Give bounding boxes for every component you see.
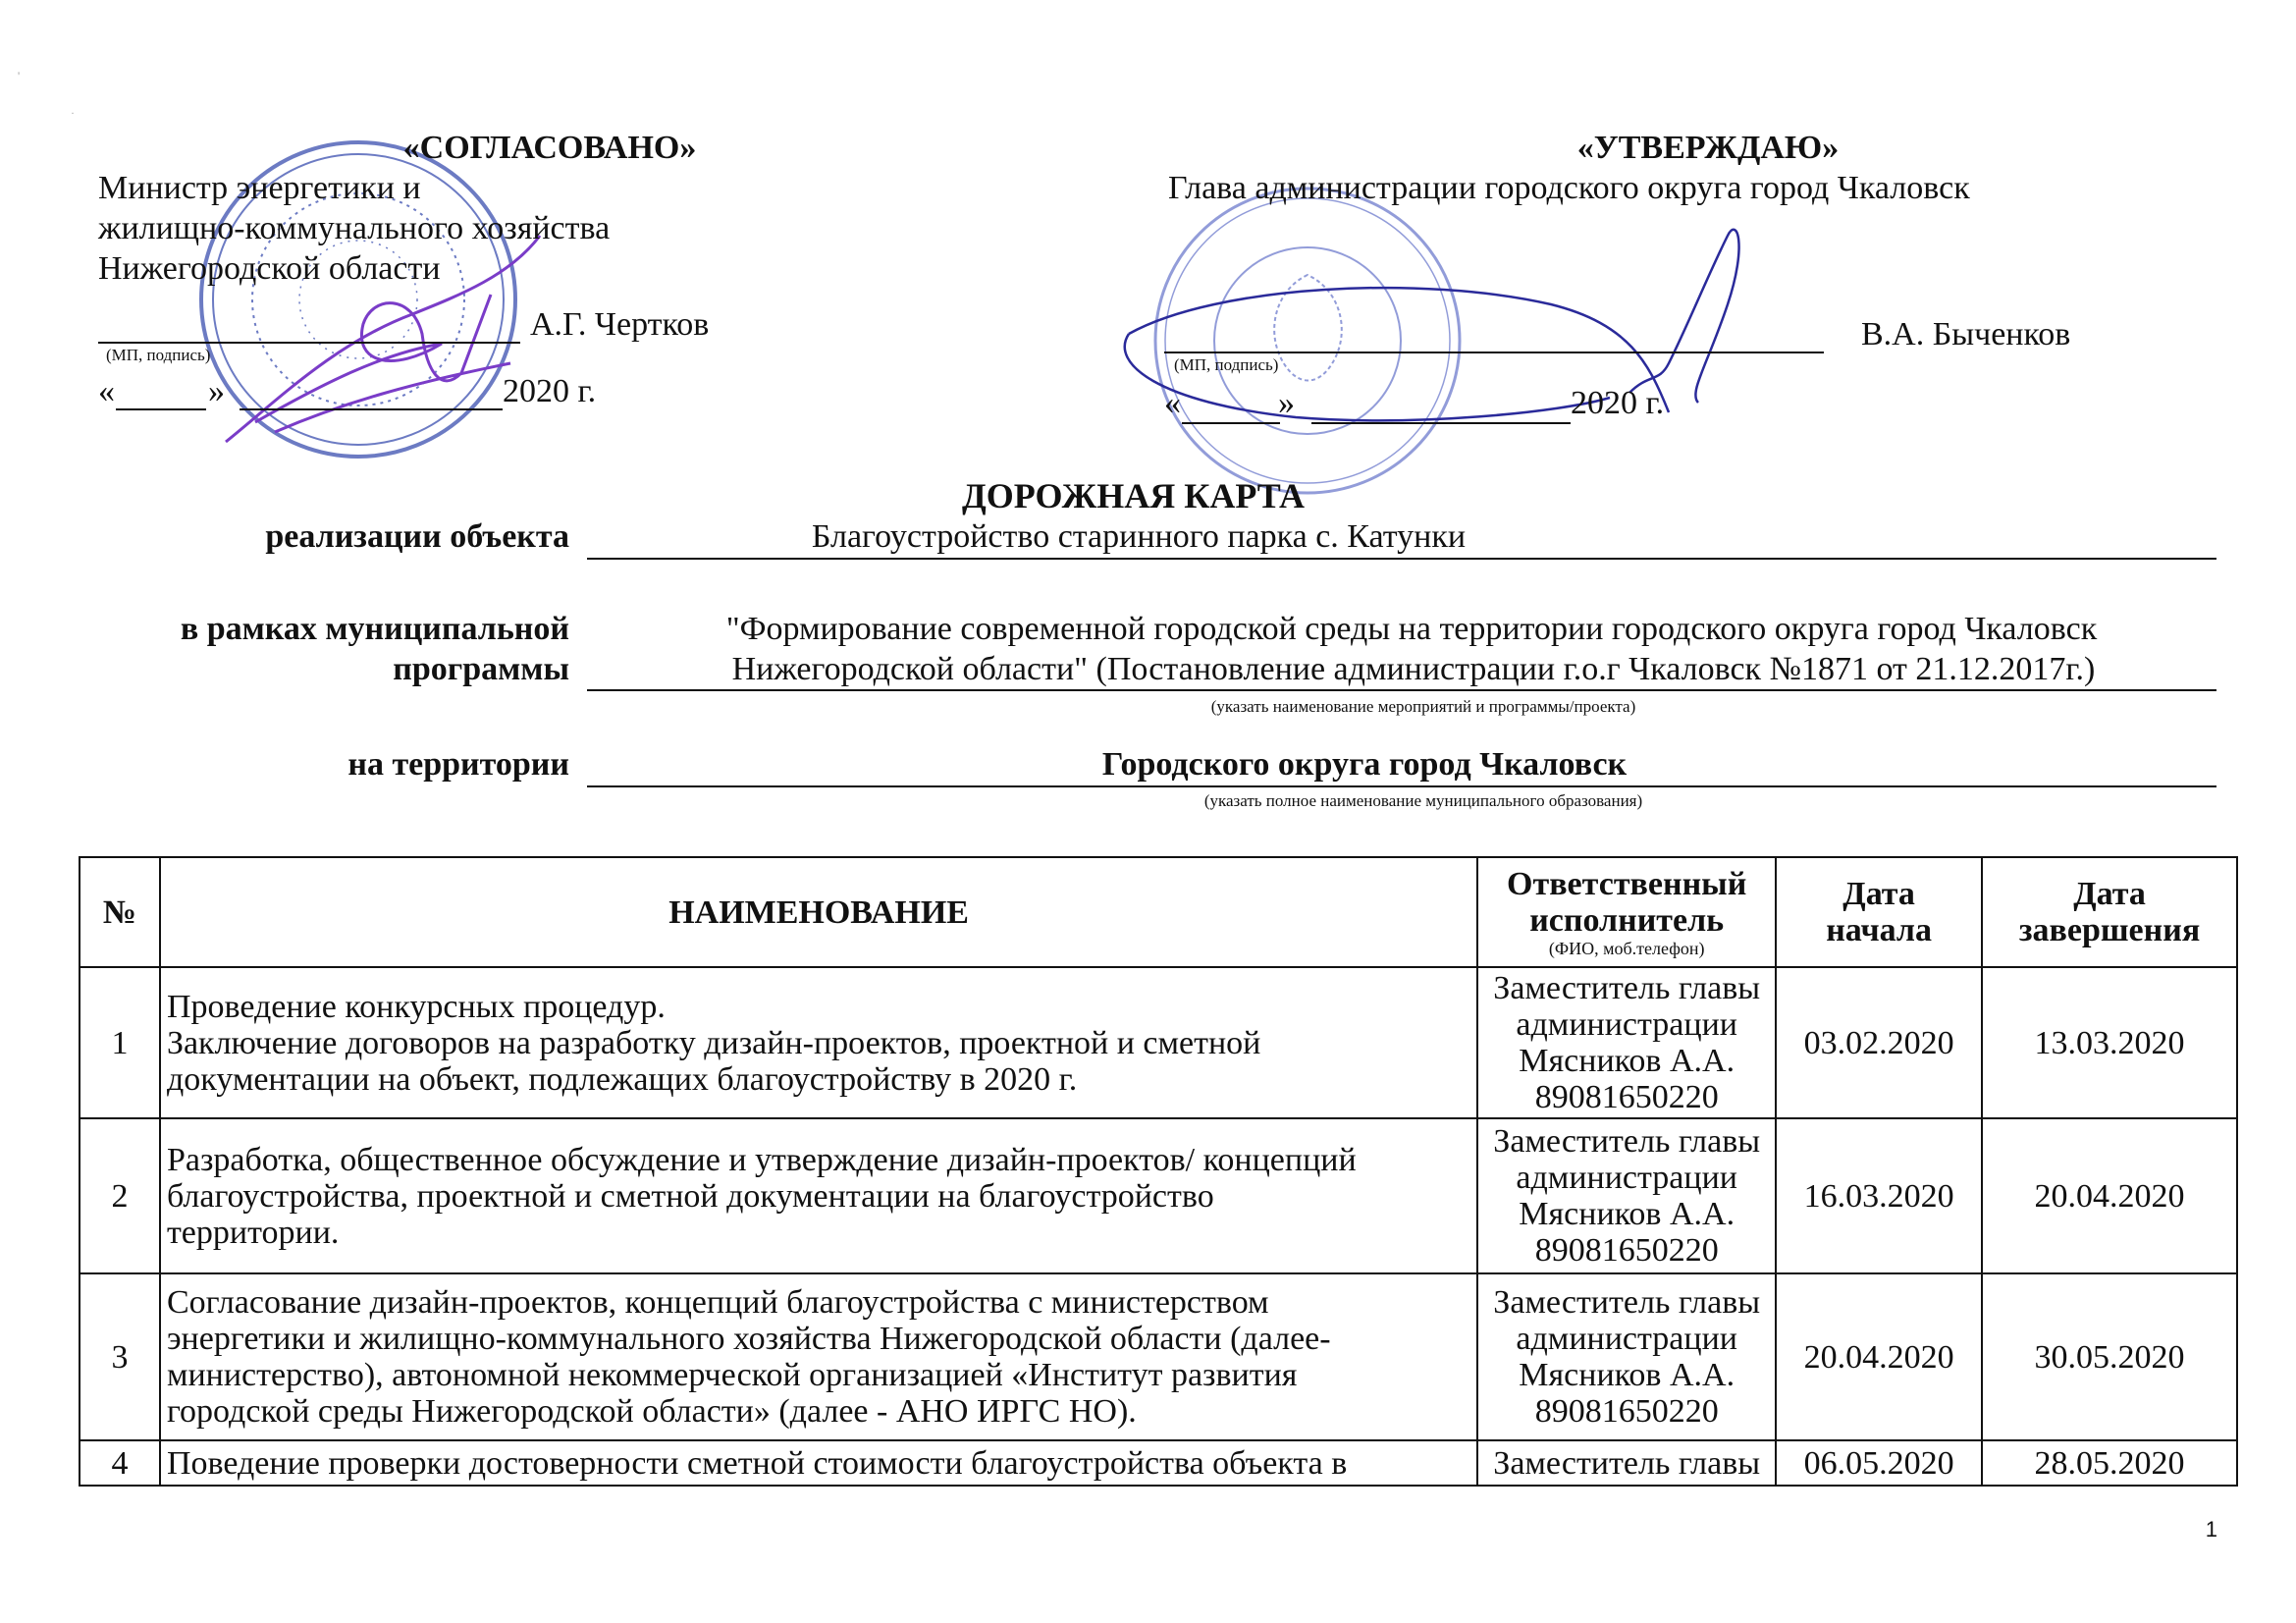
row-name-line: территории.	[167, 1215, 1470, 1251]
row-responsible-line: администрации	[1484, 1160, 1769, 1196]
row-responsible-line: Заместитель главы	[1484, 1123, 1769, 1160]
roadmap-table: № НАИМЕНОВАНИЕ Ответственный исполнитель…	[79, 856, 2238, 1487]
row-name-line: энергетики и жилищно-коммунального хозяй…	[167, 1321, 1470, 1357]
row-responsible: Заместитель главыадминистрацииМясников А…	[1477, 967, 1776, 1118]
row-responsible-line: Мясников А.А.	[1484, 1043, 1769, 1079]
row-responsible-line: администрации	[1484, 1006, 1769, 1043]
scan-mark: '	[18, 69, 20, 83]
row-start-date: 03.02.2020	[1776, 967, 1982, 1118]
program-value-line1: "Формирование современной городской сред…	[607, 611, 2216, 648]
left-signature-note: (МП, подпись)	[106, 346, 210, 365]
right-signature-line	[1164, 352, 1824, 353]
row-end-date: 13.03.2020	[1982, 967, 2237, 1118]
right-date-open-quote: «	[1164, 385, 1181, 422]
header-responsible: Ответственный исполнитель (ФИО, моб.теле…	[1477, 857, 1776, 967]
row-number: 4	[80, 1440, 160, 1486]
row-name-line: Проведение конкурсных процедур.	[167, 989, 1470, 1025]
row-responsible-line: Мясников А.А.	[1484, 1196, 1769, 1232]
right-official-stamp-icon	[1148, 182, 1468, 501]
row-responsible-line: администрации	[1484, 1321, 1769, 1357]
row-responsible-line: Заместитель главы	[1484, 1445, 1769, 1482]
left-date-open-quote: «	[98, 373, 115, 410]
territory-underline	[587, 785, 2216, 787]
row-responsible-line: 89081650220	[1484, 1079, 1769, 1115]
program-label-line2: программы	[98, 651, 569, 688]
row-responsible-line: 89081650220	[1484, 1232, 1769, 1269]
header-start-line1: Дата	[1783, 876, 1975, 912]
program-underline	[587, 689, 2216, 691]
header-responsible-sub: (ФИО, моб.телефон)	[1484, 939, 1769, 958]
row-name-line: документации на объект, подлежащих благо…	[167, 1061, 1470, 1098]
table-row: 4Поведение проверки достоверности сметно…	[80, 1440, 2237, 1486]
approval-position-line: Нижегородской области	[98, 248, 785, 289]
row-responsible-line: 89081650220	[1484, 1393, 1769, 1430]
territory-hint: (указать полное наименование муниципальн…	[982, 791, 1865, 811]
row-number: 1	[80, 967, 160, 1118]
row-start-date: 20.04.2020	[1776, 1273, 1982, 1440]
approval-heading: «СОГЛАСОВАНО»	[98, 128, 785, 168]
right-date-day-line	[1182, 422, 1280, 424]
row-number: 3	[80, 1273, 160, 1440]
header-num: №	[80, 857, 160, 967]
header-start-date: Дата начала	[1776, 857, 1982, 967]
right-date-close-quote: »	[1278, 385, 1295, 422]
program-hint: (указать наименование мероприятий и прог…	[982, 697, 1865, 717]
row-name-line: Разработка, общественное обсуждение и ут…	[167, 1142, 1470, 1178]
row-name-line: Заключение договоров на разработку дизай…	[167, 1025, 1470, 1061]
row-end-date: 30.05.2020	[1982, 1273, 2237, 1440]
row-name-line: Поведение проверки достоверности сметной…	[167, 1445, 1470, 1482]
approval-block-approved: «УТВЕРЖДАЮ» Глава администрации городско…	[1168, 128, 2150, 208]
approval-position-line: Глава администрации городского округа го…	[1168, 168, 2150, 208]
territory-value: Городского округа город Чкаловск	[1021, 746, 1708, 784]
program-label-line1: в рамках муниципальной	[98, 611, 569, 648]
header-start-line2: начала	[1783, 912, 1975, 948]
left-signatory-name: А.Г. Чертков	[530, 306, 709, 344]
row-start-date: 06.05.2020	[1776, 1440, 1982, 1486]
header-name: НАИМЕНОВАНИЕ	[160, 857, 1477, 967]
left-date-close-quote: »	[208, 373, 225, 410]
right-date-month-line	[1311, 422, 1571, 424]
left-date-year: 2020 г.	[503, 373, 596, 410]
program-value-line2: Нижегородской области" (Постановление ад…	[628, 651, 2199, 688]
row-name-line: Согласование дизайн-проектов, концепций …	[167, 1284, 1470, 1321]
right-signatory-name: В.А. Быченков	[1861, 316, 2070, 353]
table-row: 2Разработка, общественное обсуждение и у…	[80, 1118, 2237, 1273]
object-underline	[587, 558, 2216, 560]
territory-label: на территории	[98, 746, 569, 784]
right-signature-icon	[1099, 216, 1806, 432]
header-end-date: Дата завершения	[1982, 857, 2237, 967]
row-end-date: 28.05.2020	[1982, 1440, 2237, 1486]
approval-position-line: жилищно-коммунального хозяйства	[98, 208, 785, 248]
scan-mark: ·	[71, 106, 75, 121]
left-date-day-line	[116, 408, 206, 410]
row-name: Проведение конкурсных процедур.Заключени…	[160, 967, 1477, 1118]
row-responsible-line: Мясников А.А.	[1484, 1357, 1769, 1393]
row-name-line: городской среды Нижегородской области» (…	[167, 1393, 1470, 1430]
object-label: реализации объекта	[98, 518, 569, 556]
row-end-date: 20.04.2020	[1982, 1118, 2237, 1273]
right-signature-note: (МП, подпись)	[1174, 355, 1278, 375]
header-responsible-line1: Ответственный	[1484, 866, 1769, 902]
row-responsible: Заместитель главыадминистрацииМясников А…	[1477, 1273, 1776, 1440]
row-responsible-line: Заместитель главы	[1484, 970, 1769, 1006]
header-responsible-line2: исполнитель	[1484, 902, 1769, 939]
left-signature-line	[98, 342, 520, 344]
header-end-line1: Дата	[1989, 876, 2230, 912]
table-row: 3Согласование дизайн-проектов, концепций…	[80, 1273, 2237, 1440]
row-start-date: 16.03.2020	[1776, 1118, 1982, 1273]
row-name: Разработка, общественное обсуждение и ут…	[160, 1118, 1477, 1273]
approval-heading: «УТВЕРЖДАЮ»	[1168, 128, 2150, 168]
table-header-row: № НАИМЕНОВАНИЕ Ответственный исполнитель…	[80, 857, 2237, 967]
row-number: 2	[80, 1118, 160, 1273]
row-name: Согласование дизайн-проектов, концепций …	[160, 1273, 1477, 1440]
table-row: 1Проведение конкурсных процедур.Заключен…	[80, 967, 2237, 1118]
approval-block-agreed: «СОГЛАСОВАНО» Министр энергетики и жилищ…	[98, 128, 785, 289]
row-name-line: министерство), автономной некоммерческой…	[167, 1357, 1470, 1393]
left-date-month-line	[240, 408, 503, 410]
approval-position-line: Министр энергетики и	[98, 168, 785, 208]
row-name-line: благоустройства, проектной и сметной док…	[167, 1178, 1470, 1215]
page-number: 1	[2206, 1517, 2217, 1542]
row-responsible: Заместитель главыадминистрацииМясников А…	[1477, 1118, 1776, 1273]
right-date-year: 2020 г.	[1571, 385, 1664, 422]
row-name: Поведение проверки достоверности сметной…	[160, 1440, 1477, 1486]
row-responsible-line: Заместитель главы	[1484, 1284, 1769, 1321]
document-title: ДОРОЖНАЯ КАРТА	[962, 475, 1305, 516]
header-end-line2: завершения	[1989, 912, 2230, 948]
row-responsible: Заместитель главы	[1477, 1440, 1776, 1486]
object-value: Благоустройство старинного парка с. Кату…	[587, 518, 1690, 556]
